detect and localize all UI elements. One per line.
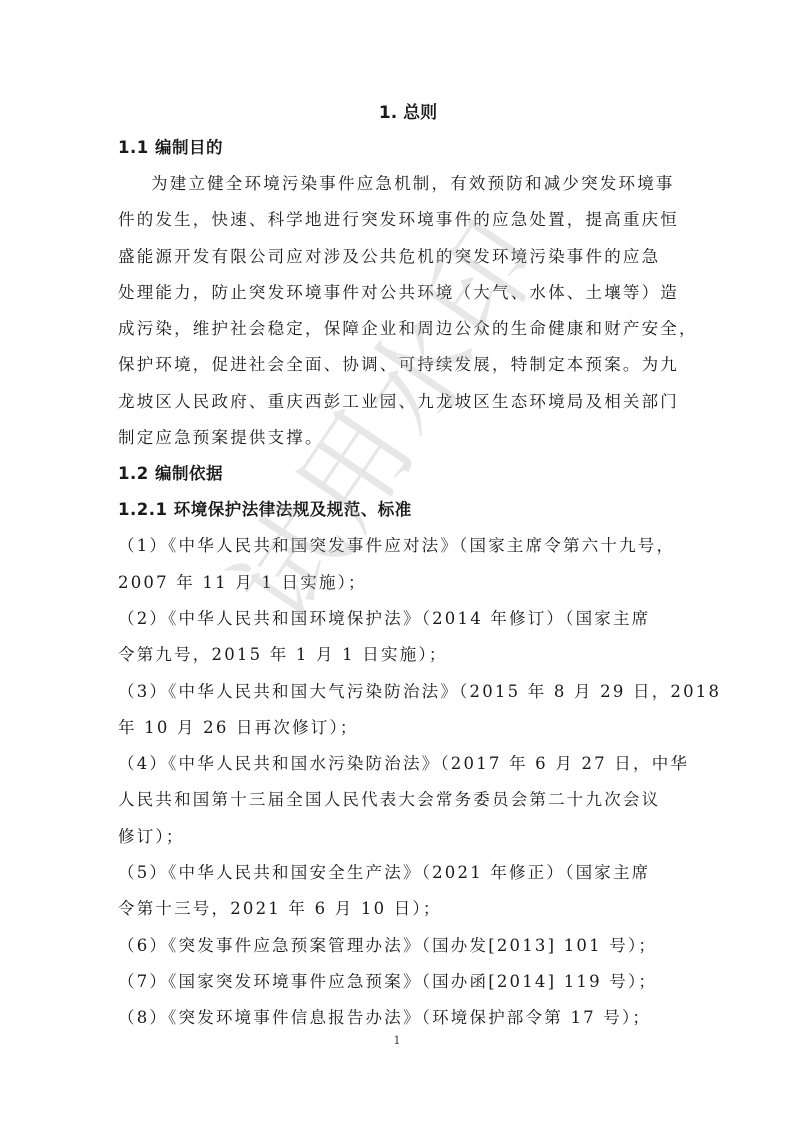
list-item-line: 令第十三号，2021 年 6 月 10 日）； <box>118 891 678 927</box>
law-item-6: （6）《突发事件应急预案管理办法》（国办发[2013] 101 号）； <box>118 928 678 964</box>
paragraph-line: 为建立健全环境污染事件应急机制，有效预防和减少突发环境事 <box>118 166 678 202</box>
list-item-line: 2007 年 11 月 1 日实施）； <box>118 565 678 601</box>
list-item-line: （4）《中华人民共和国水污染防治法》（2017 年 6 月 27 日，中华 <box>118 746 678 782</box>
document-page: 1. 总则 1.1 编制目的 为建立健全环境污染事件应急机制，有效预防和减少突发… <box>0 0 794 1123</box>
paragraph-line: 龙坡区人民政府、重庆西彭工业园、九龙坡区生态环境局及相关部门 <box>118 384 678 420</box>
paragraph-line: 保护环境，促进社会全面、协调、可持续发展，特制定本预案。为九 <box>118 347 678 383</box>
list-item-line: 人民共和国第十三届全国人民代表大会常务委员会第二十九次会议 <box>118 782 678 818</box>
list-item-line: （1）《中华人民共和国突发事件应对法》（国家主席令第六十九号， <box>118 528 678 564</box>
law-item-7: （7）《国家突发环境事件应急预案》（国办函[2014] 119 号）； <box>118 964 678 1000</box>
chapter-title: 1. 总则 <box>118 96 678 130</box>
law-item-4: （4）《中华人民共和国水污染防治法》（2017 年 6 月 27 日，中华 人民… <box>118 746 678 855</box>
section-heading-1-2-1: 1.2.1 环境保护法律法规及规范、标准 <box>118 492 678 528</box>
list-item-line: （8）《突发环境事件信息报告办法》（环境保护部令第 17 号）； <box>118 1000 678 1036</box>
page-content: 1. 总则 1.1 编制目的 为建立健全环境污染事件应急机制，有效预防和减少突发… <box>118 96 678 1037</box>
list-item-line: （5）《中华人民共和国安全生产法》（2021 年修正）（国家主席 <box>118 855 678 891</box>
list-item-line: （6）《突发事件应急预案管理办法》（国办发[2013] 101 号）； <box>118 928 678 964</box>
list-item-line: （3）《中华人民共和国大气污染防治法》（2015 年 8 月 29 日，2018 <box>118 674 678 710</box>
law-item-3: （3）《中华人民共和国大气污染防治法》（2015 年 8 月 29 日，2018… <box>118 674 678 747</box>
law-item-5: （5）《中华人民共和国安全生产法》（2021 年修正）（国家主席 令第十三号，2… <box>118 855 678 928</box>
list-item-line: 年 10 月 26 日再次修订）； <box>118 710 678 746</box>
paragraph-line: 处理能力，防止突发环境事件对公共环境（大气、水体、土壤等）造 <box>118 275 678 311</box>
law-item-1: （1）《中华人民共和国突发事件应对法》（国家主席令第六十九号， 2007 年 1… <box>118 528 678 601</box>
paragraph-line: 件的发生，快速、科学地进行突发环境事件的应急处置，提高重庆恒 <box>118 202 678 238</box>
list-item-line: （2）《中华人民共和国环境保护法》（2014 年修订）（国家主席 <box>118 601 678 637</box>
paragraph-line: 成污染，维护社会稳定，保障企业和周边公众的生命健康和财产安全， <box>118 311 678 347</box>
law-item-8: （8）《突发环境事件信息报告办法》（环境保护部令第 17 号）； <box>118 1000 678 1036</box>
list-item-line: （7）《国家突发环境事件应急预案》（国办函[2014] 119 号）； <box>118 964 678 1000</box>
paragraph-line: 盛能源开发有限公司应对涉及公共危机的突发环境污染事件的应急 <box>118 239 678 275</box>
list-item-line: 令第九号，2015 年 1 月 1 日实施）； <box>118 637 678 673</box>
section-heading-1-2: 1.2 编制依据 <box>118 456 678 492</box>
paragraph-line: 制定应急预案提供支撑。 <box>118 420 678 456</box>
list-item-line: 修订）； <box>118 819 678 855</box>
section-heading-1-1: 1.1 编制目的 <box>118 130 678 166</box>
purpose-paragraph: 为建立健全环境污染事件应急机制，有效预防和减少突发环境事 件的发生，快速、科学地… <box>118 166 678 456</box>
page-number: 1 <box>0 1034 794 1047</box>
law-item-2: （2）《中华人民共和国环境保护法》（2014 年修订）（国家主席 令第九号，20… <box>118 601 678 674</box>
